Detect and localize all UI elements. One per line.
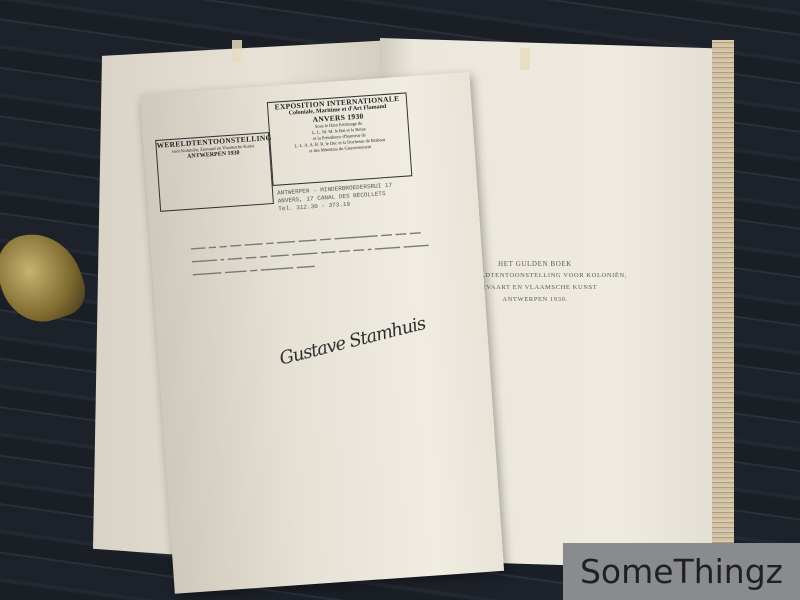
letterhead-right: EXPOSITION INTERNATIONALE Coloniale, Mar… bbox=[267, 92, 413, 186]
tape-right bbox=[520, 48, 530, 70]
watermark-text: SomeThingz bbox=[580, 552, 783, 591]
tape-left bbox=[232, 40, 242, 62]
letterhead-left: WERELDTENTOONSTELLING voor Koloniën, Zee… bbox=[155, 132, 274, 212]
book-page-edges bbox=[712, 40, 734, 570]
watermark-logo: SomeThingz bbox=[563, 543, 800, 600]
typed-letter: WERELDTENTOONSTELLING voor Koloniën, Zee… bbox=[140, 72, 504, 594]
